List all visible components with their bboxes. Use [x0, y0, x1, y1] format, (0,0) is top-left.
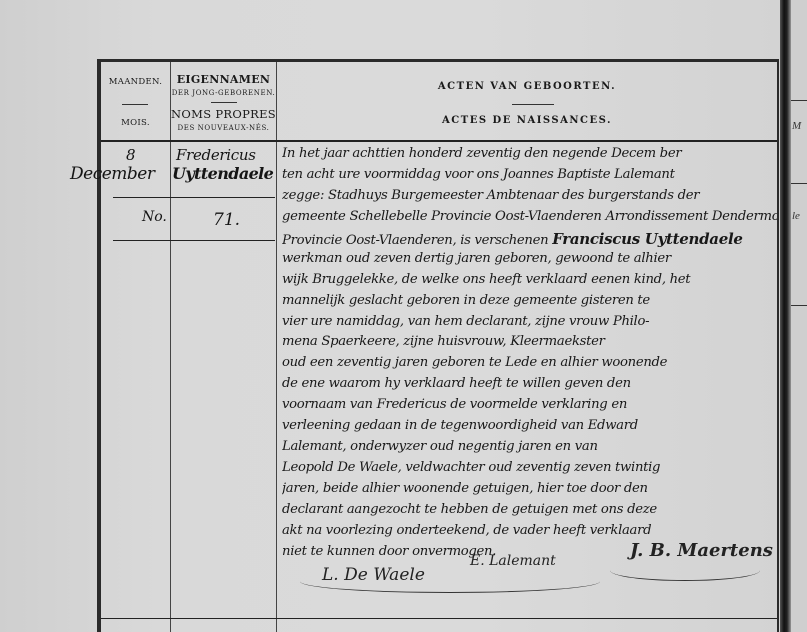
- act-text-line: verleening gedaan in de tegenwoordigheid…: [282, 418, 777, 433]
- signature-flourish: [300, 570, 600, 593]
- act-text-line: In het jaar achttien honderd zeventig de…: [282, 146, 777, 161]
- act-text-line: wijk Bruggelekke, de welke ons heeft ver…: [282, 272, 777, 287]
- signature-witness-2: E. Lalemant: [470, 553, 556, 569]
- entry-separator: [113, 197, 275, 198]
- father-name: Franciscus Uyttendaele: [552, 230, 742, 248]
- entry-number-label: No.: [142, 209, 167, 225]
- entry-separator: [113, 240, 275, 241]
- act-text-line: oud een zeventig jaren geboren te Lede e…: [282, 355, 777, 370]
- entry-separator: [101, 618, 777, 619]
- act-text-line: de ene waarom hy verklaard heeft te will…: [282, 376, 777, 391]
- act-text-line: ten acht ure voormiddag voor ons Joannes…: [282, 167, 777, 182]
- month-header-nl: MAANDEN.: [101, 77, 170, 87]
- adjacent-page: M le: [790, 0, 807, 632]
- adjacent-rule: [791, 100, 807, 101]
- header-divider: [512, 104, 554, 105]
- book-spine: [780, 0, 790, 632]
- act-text-line: jaren, beide alhier woonende getuigen, h…: [282, 481, 777, 496]
- entry-day: 8: [126, 146, 136, 164]
- names-header-fr-sub: DES NOUVEAUX-NÉS.: [171, 124, 276, 132]
- act-text-line: Provincie Oost-Vlaenderen, is verschenen…: [282, 230, 777, 248]
- act-text-line: Leopold De Waele, veldwachter oud zevent…: [282, 460, 777, 475]
- header-divider: [211, 102, 237, 103]
- header-divider: [122, 104, 148, 105]
- names-header-nl: EIGENNAMEN: [171, 73, 276, 86]
- entry-month: December: [70, 164, 154, 184]
- signature-flourish: [610, 560, 760, 581]
- adjacent-rule: [791, 305, 807, 306]
- adjacent-rule: [791, 183, 807, 184]
- acts-header-nl: ACTEN VAN GEBOORTEN.: [277, 81, 777, 92]
- act-text-line: vier ure namiddag, van hem declarant, zi…: [282, 314, 777, 329]
- act-text-line: declarant aangezocht te hebben de getuig…: [282, 502, 777, 517]
- names-header-nl-sub: DER JONG-GEBORENEN.: [171, 89, 276, 97]
- adjacent-text: le: [792, 210, 800, 222]
- act-text-line: mena Spaerkeere, zijne huisvrouw, Kleerm…: [282, 334, 777, 349]
- entry-number: 71.: [213, 210, 240, 230]
- act-text-line: werkman oud zeven dertig jaren geboren, …: [282, 251, 777, 266]
- act-text-line: gemeente Schellebelle Provincie Oost-Vla…: [282, 209, 777, 224]
- entry-surname: Uyttendaele: [172, 164, 273, 183]
- act-text-line: mannelijk geslacht geboren in deze gemee…: [282, 293, 777, 308]
- acts-header-fr: ACTES DE NAISSANCES.: [277, 115, 777, 126]
- entry-given-name: Fredericus: [176, 146, 256, 164]
- act-text-line: zegge: Stadhuys Burgemeester Ambtenaar d…: [282, 188, 777, 203]
- month-column: [101, 62, 171, 632]
- act-text-line: voornaam van Fredericus de voormelde ver…: [282, 397, 777, 412]
- act-text-line: Lalemant, onderwyzer oud negentig jaren …: [282, 439, 777, 454]
- adjacent-text: M: [792, 120, 801, 132]
- act-text-line: akt na voorlezing onderteekend, de vader…: [282, 523, 777, 538]
- names-header-fr: NOMS PROPRES: [171, 107, 276, 121]
- act-text-part: Provincie Oost-Vlaenderen, is verschenen: [282, 233, 552, 248]
- month-header-fr: MOIS.: [101, 118, 170, 128]
- signature-officer: J. B. Maertens: [630, 540, 773, 561]
